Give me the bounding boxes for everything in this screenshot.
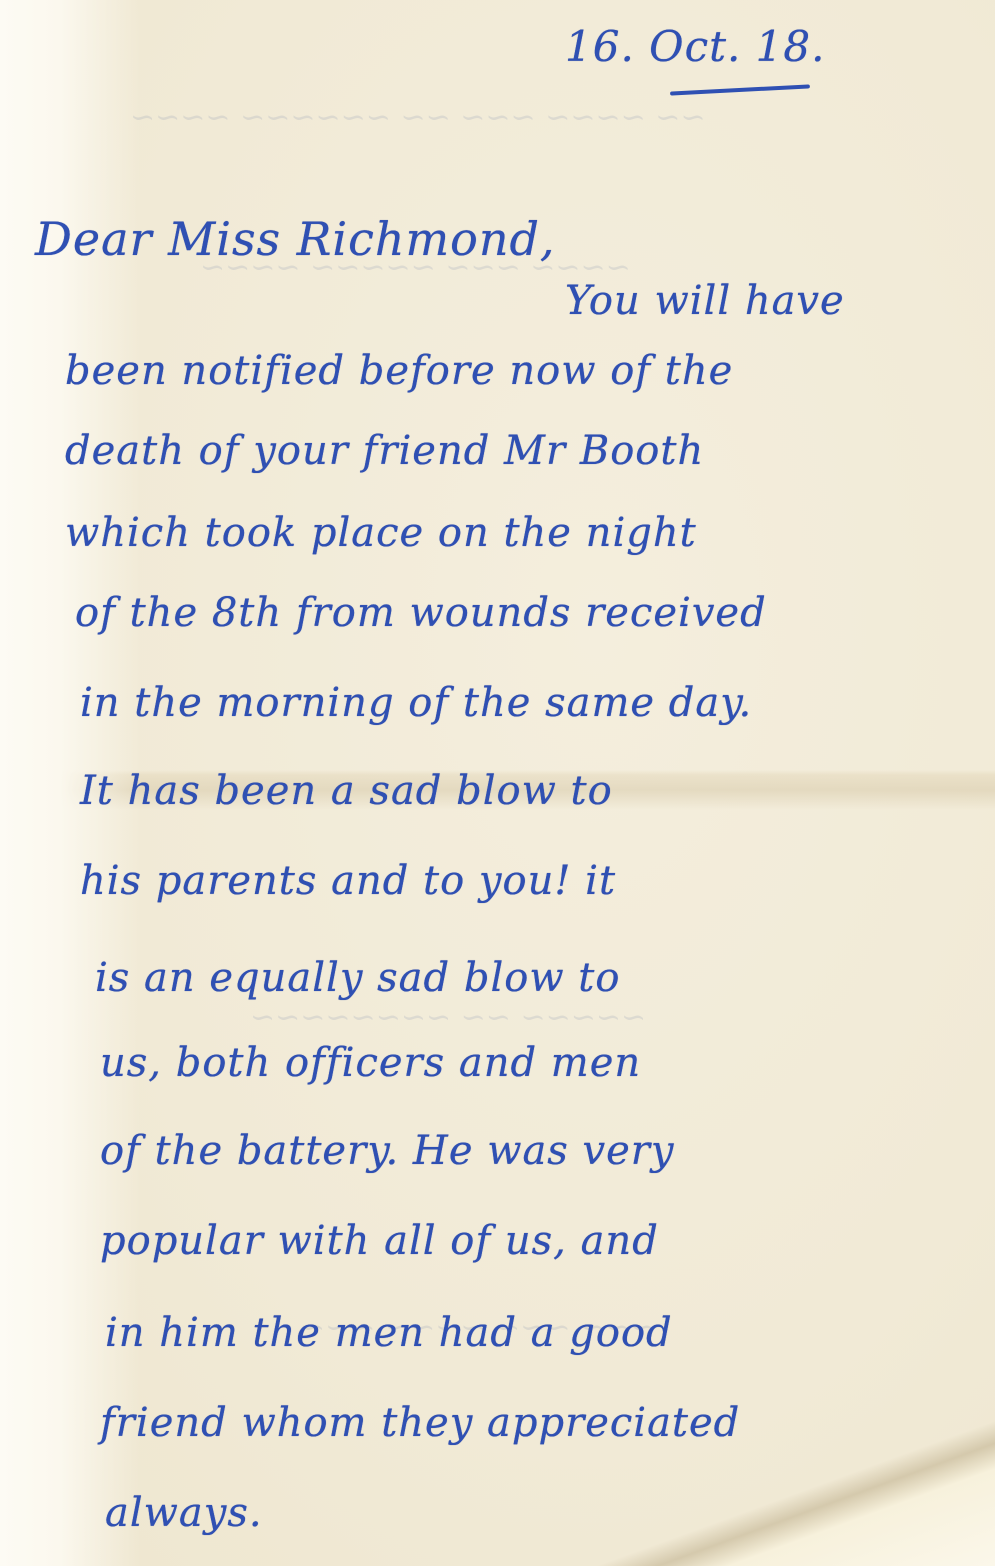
reverse-side-show-through: ~~ ~~~~ ~~~ ~~ ~~~~~~ ~~~~ xyxy=(130,100,706,135)
letter-line: It has been a sad blow to xyxy=(80,768,613,814)
reverse-side-show-through: ~~~~~ ~~ ~~~~~~~~ xyxy=(250,1000,646,1035)
letter-date: 16. Oct. 18. xyxy=(565,22,825,71)
letter-line: of the battery. He was very xyxy=(100,1128,675,1174)
letter-line: been notified before now of the xyxy=(65,348,733,394)
letter-line: always. xyxy=(105,1490,263,1536)
letter-line: us, both officers and men xyxy=(100,1040,641,1086)
letter-line: popular with all of us, and xyxy=(100,1218,659,1264)
letter-line: which took place on the night xyxy=(65,510,697,556)
letter-line: death of your friend Mr Booth xyxy=(65,428,704,474)
letter-line: is an equally sad blow to xyxy=(95,955,620,1001)
letter-line: his parents and to you! it xyxy=(80,858,616,904)
letter-line: of the 8th from wounds received xyxy=(75,590,767,636)
letter-line: friend whom they appreciated xyxy=(100,1400,740,1446)
letter-salutation: Dear Miss Richmond, xyxy=(35,212,556,266)
letter-line: in the morning of the same day. xyxy=(80,680,752,726)
letter-line: in him the men had a good xyxy=(105,1310,673,1356)
letter-line: You will have xyxy=(565,278,845,324)
